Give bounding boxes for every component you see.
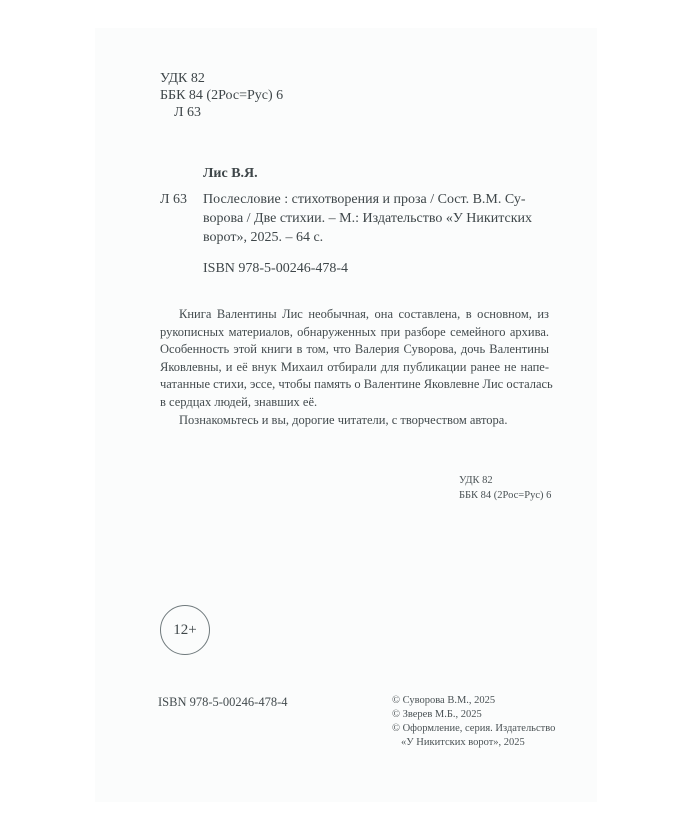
footer-udk-code: УДК 82 — [459, 474, 493, 487]
annotation-line: Книга Валентины Лис необычная, она соста… — [160, 306, 549, 324]
catalog-isbn: ISBN 978-5-00246-478-4 — [203, 260, 348, 278]
copyright-illustrator: © Зверев М.Б., 2025 — [392, 708, 482, 721]
udk-code: УДК 82 — [160, 70, 205, 88]
catalog-description-line-2: ворова / Две стихии. – М.: Издательство … — [203, 210, 532, 228]
copyright-design: © Оформление, серия. Издательство — [392, 722, 555, 735]
annotation-line: рукописных материалов, обнаруженных при … — [160, 324, 549, 342]
annotation: Книга Валентины Лис необычная, она соста… — [160, 306, 549, 429]
copyright-compiler: © Суворова В.М., 2025 — [392, 694, 495, 707]
annotation-line: Яковлевны, и её внук Михаил отбирали для… — [160, 359, 549, 377]
age-rating-label: 12+ — [173, 622, 196, 639]
bbk-code: ББК 84 (2Рос=Рус) 6 — [160, 87, 283, 105]
copyright-publisher: «У Никитских ворот», 2025 — [401, 736, 525, 749]
catalog-description-line-3: ворот», 2025. – 64 с. — [203, 229, 323, 247]
annotation-paragraph-2: Познакомьтесь и вы, дорогие читатели, с … — [160, 412, 549, 430]
catalog-description-line-1: Послесловие : стихотворения и проза / Со… — [203, 191, 526, 209]
footer-bbk-code: ББК 84 (2Рос=Рус) 6 — [459, 489, 551, 502]
annotation-line: Особенность этой книги в том, что Валери… — [160, 341, 549, 359]
age-rating-badge: 12+ — [160, 605, 210, 655]
annotation-line: чатанные стихи, эссе, чтобы память о Вал… — [160, 376, 549, 394]
author-mark: Л 63 — [174, 104, 201, 122]
annotation-line: в сердцах людей, знавших её. — [160, 394, 549, 412]
bottom-isbn: ISBN 978-5-00246-478-4 — [158, 693, 288, 711]
catalog-mark: Л 63 — [160, 191, 187, 209]
author-name: Лис В.Я. — [203, 165, 258, 183]
